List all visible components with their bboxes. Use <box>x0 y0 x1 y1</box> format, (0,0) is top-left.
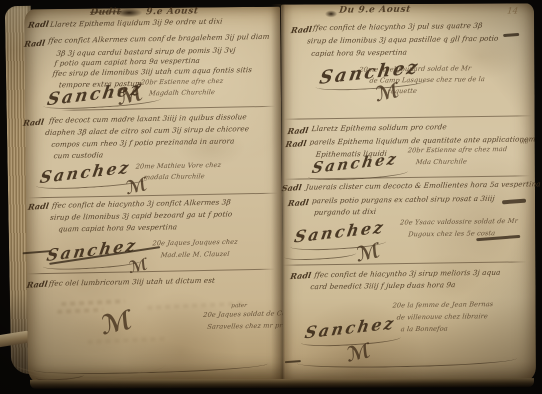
entry-line: Llaretz Epithema liquidum 3ij 9e ordre u… <box>50 18 223 29</box>
page-bottom-edge <box>30 378 534 389</box>
entry-line: ffec confict de hiacyntho 3j sirup melio… <box>314 269 501 279</box>
attribution-note-line: 20me Mathieu Vore chez <box>135 162 221 171</box>
section-divider <box>28 193 278 199</box>
margin-mark: Radl <box>27 201 49 212</box>
attribution-note-line: 20me Abel Jouuard soldat de Mr <box>359 65 472 73</box>
page-gutter-shadow <box>271 4 293 382</box>
ink-blot <box>116 8 142 17</box>
attribution-note-line: a la Bonnefoa <box>400 326 448 334</box>
margin-mark: Radl <box>24 38 46 49</box>
entry-line: ffec confict Alkermes cum conf de bragal… <box>48 33 270 45</box>
entry-line: ffec confict de hiacyntho 3j pul sus qua… <box>313 22 483 32</box>
signature-flourish <box>284 248 356 261</box>
attribution-note-line: raquette <box>387 88 417 95</box>
entry-line: compos cum rheo 3j f potio prezinanda in… <box>51 137 235 148</box>
entry-line: sirup de limonibus 3j capid bezoard ga u… <box>50 210 233 221</box>
entry-line: ffec confict de hiacyntho 3j confict Alk… <box>52 198 232 209</box>
entry-line: cum custodia <box>53 151 104 160</box>
entry-line: ffec sirup de limonibus 3iij utah cum aq… <box>52 66 252 77</box>
entry-line: card benedict 3iiij f julep duas hora 9a <box>310 281 456 291</box>
entry-line: pareils potio purgans ex cathol sirup ro… <box>312 195 496 205</box>
ink-dash <box>503 33 519 37</box>
margin-mark: Radl <box>26 279 48 290</box>
attribution-note-line: Mda Churchile <box>415 158 467 166</box>
bleedthrough-marks <box>61 299 125 306</box>
bottom-leaf-edge <box>24 350 145 382</box>
interlinear-note: vid <box>519 140 528 146</box>
bleedthrough-marks <box>57 308 103 314</box>
margin-mark: Radl <box>22 117 44 128</box>
entry-line: ffec olei lumbricorum 3iij utah ut dictu… <box>48 277 215 288</box>
manuscript-photo: Dudit 9.e Aoust Radl Llaretz Epithema li… <box>0 0 542 394</box>
attribution-note-line: 20br Estienne afre chez mad <box>407 146 507 154</box>
margin-mark: Radl <box>27 19 49 30</box>
attribution-note-line: de villenouve chez libraire <box>396 313 488 321</box>
attribution-note-line: Mad.elle M. Clauzel <box>160 251 230 259</box>
section-divider <box>284 115 532 119</box>
paraph-mark: ℳ <box>128 256 148 276</box>
paraph-mark: ℳ <box>356 240 381 265</box>
entry-line: Llaretz Epithema solidum pro corde <box>311 123 447 132</box>
attribution-note-line: de Camp Lasquese chez rue de la <box>369 76 485 85</box>
entry-line: Juuerais clister cum decocto & Emollient… <box>305 180 541 191</box>
bleedthrough-marks <box>87 336 167 344</box>
entry-line: quam capiat hora 9a vespertina <box>58 223 178 233</box>
attribution-note-line: 20e Ysaac valdossire soldat de Mr <box>400 218 518 227</box>
entry-line: sirup de limonibus 3j aqua pastillae q g… <box>307 35 499 45</box>
entry-line: 3β 3j aqua cardui bastard sirup de pomis… <box>56 46 236 57</box>
page-number: 14 <box>507 7 519 16</box>
attribution-note-line: madala Churchile <box>143 173 205 181</box>
attribution-note-line: 20br Estienne afre chez <box>140 78 223 87</box>
date-header: Du 9.e Aoust <box>339 6 412 16</box>
margin-mark: Radl <box>290 24 312 35</box>
entry-line: ffec decoct cum madre laxant 3iiij in qu… <box>49 113 247 124</box>
entry-line: capiat hora 9a vespertina <box>311 49 408 58</box>
entry-line: diaphen 3β alact de citro sol cum 3ij si… <box>45 125 250 136</box>
attribution-note-line: 20e Jaques Jouques chez <box>152 239 238 248</box>
entry-line: purgando ut dixi <box>314 208 377 216</box>
right-page: Du 9.e Aoust 14 Radl ffec confict de hia… <box>281 3 536 381</box>
ink-blotch <box>502 199 526 205</box>
paraph-mark: ℳ <box>101 307 133 340</box>
left-page: Dudit 9.e Aoust Radl Llaretz Epithema li… <box>24 7 284 384</box>
ink-blot <box>325 10 337 17</box>
attribution-note-line: Magdalh Churchile <box>149 89 216 97</box>
section-divider <box>282 261 526 265</box>
attribution-note-line: 20e la femme de Jean Bernas <box>392 301 493 309</box>
bottom-flourish <box>297 352 517 370</box>
